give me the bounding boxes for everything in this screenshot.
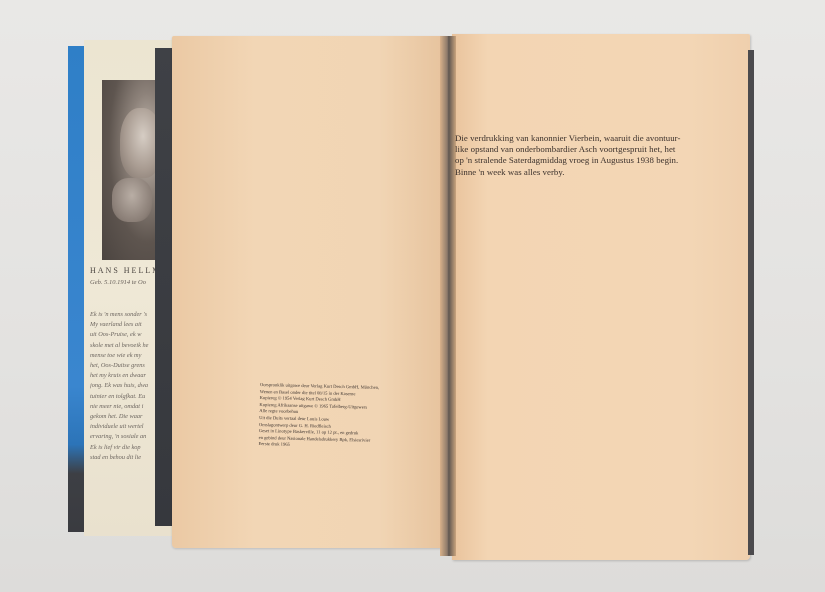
text-line: op 'n stralende Saterdagmiddag vroeg in … — [455, 155, 745, 166]
back-cover-board-edge — [748, 50, 754, 555]
chapter-opening-text: Die verdrukking van kanonnier Vierbein, … — [455, 133, 745, 178]
book-gutter — [440, 36, 456, 556]
author-birth: Geb. 5.10.1914 te Oo — [90, 279, 146, 286]
copyright-notice: Oorspronklik uitgawe deur Verlag Kurt De… — [258, 382, 420, 452]
text-line: Die verdrukking van kanonnier Vierbein, … — [455, 133, 745, 144]
text-line: like opstand van onderbombardier Asch vo… — [455, 144, 745, 155]
text-line: Binne 'n week was alles verby. — [455, 167, 745, 178]
right-page — [452, 34, 750, 560]
left-page — [172, 36, 448, 548]
author-hand — [112, 178, 152, 222]
